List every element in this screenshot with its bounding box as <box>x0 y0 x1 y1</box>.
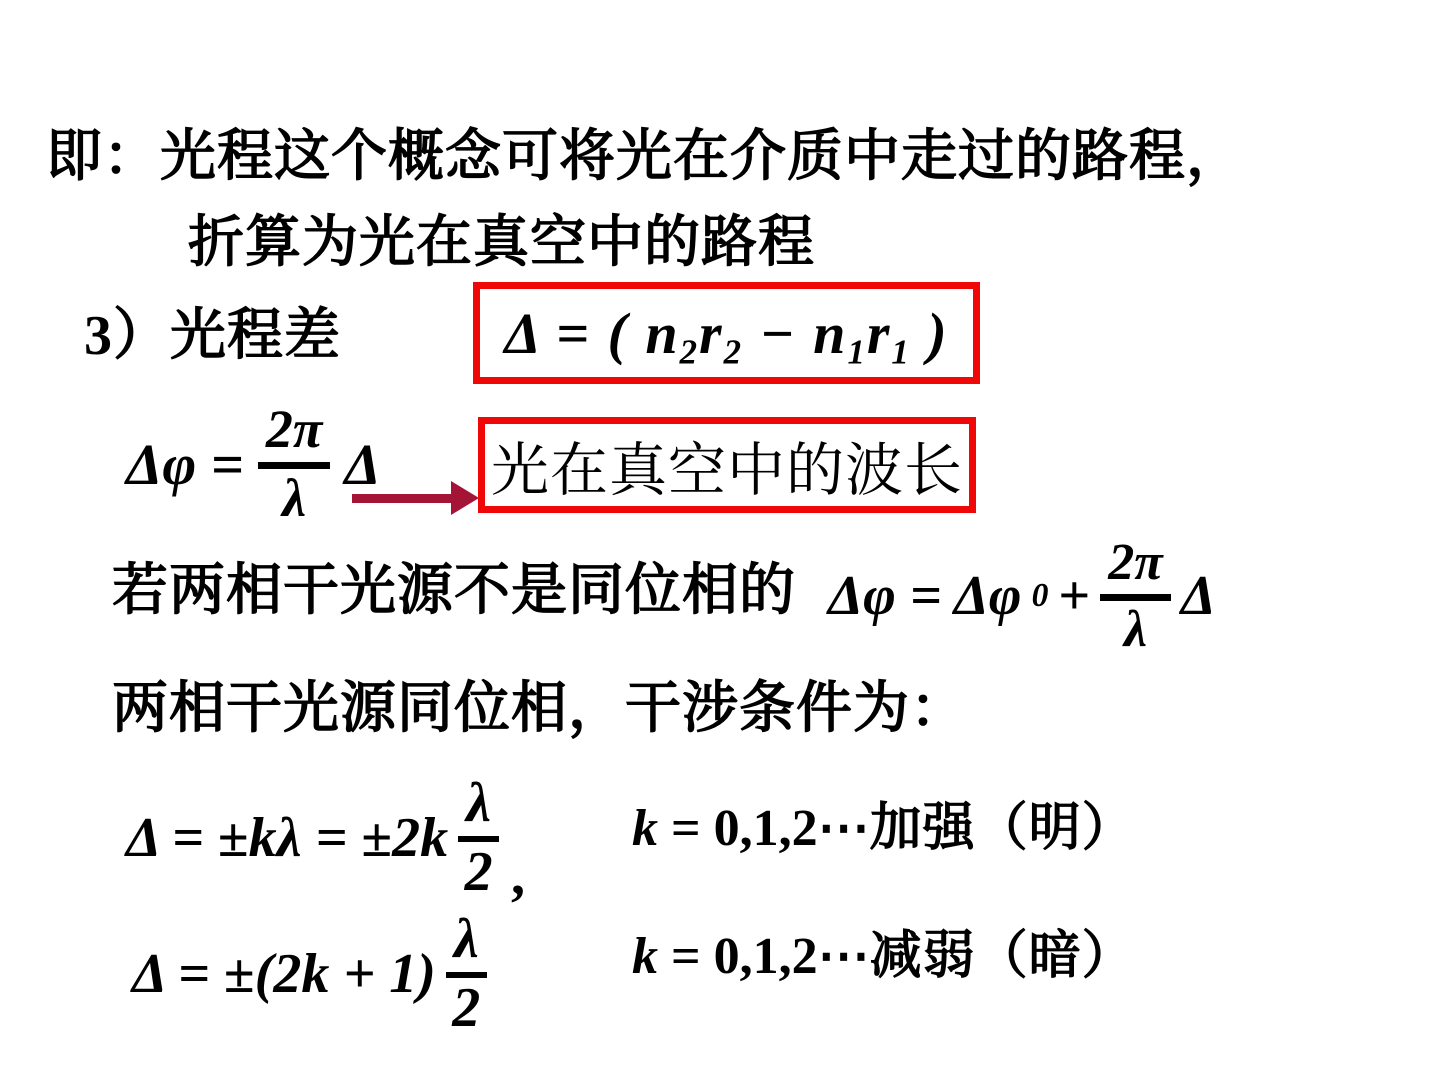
phase-formula-rhs: Δ <box>344 431 380 498</box>
bright-formula-comma: , <box>511 844 525 908</box>
nonsync-formula-rhs: Δ <box>1181 564 1216 628</box>
phase-formula-fraction: 2π λ <box>258 404 330 524</box>
fraction-denominator: λ <box>1122 605 1149 654</box>
intro-line-2: 折算为光在真空中的路程 <box>188 208 815 278</box>
opd-subscript: 2 <box>724 332 743 371</box>
opd-formula-pre: Δ = ( n <box>504 301 679 366</box>
wavelength-box: 光在真空中的波长 <box>478 417 976 513</box>
arrow-head-icon <box>451 481 479 515</box>
dark-result-label: 减弱（暗） <box>870 928 1135 985</box>
fraction-denominator: λ <box>280 473 308 524</box>
k-variable: k <box>632 928 658 985</box>
section-label: 3）光程差 <box>84 301 341 371</box>
fraction-numerator: λ <box>446 913 487 966</box>
equals-sign: = <box>658 800 714 857</box>
nonsync-fraction: 2π λ <box>1100 538 1170 654</box>
nonsync-plus: + <box>1058 564 1090 628</box>
fraction-bar <box>1100 594 1170 601</box>
nonsync-formula-lhs: Δφ = Δφ <box>828 564 1022 628</box>
k-variable: k <box>632 800 658 857</box>
opd-formula-mid3: r <box>867 301 892 366</box>
ellipsis: ⋯ <box>818 928 870 985</box>
fraction-numerator: 2π <box>1100 538 1170 587</box>
opd-subscript: 2 <box>680 332 699 371</box>
opd-formula-post: ) <box>911 301 949 366</box>
fraction-numerator: λ <box>458 777 499 830</box>
fraction-numerator: 2π <box>258 404 330 455</box>
opd-formula-mid1: r <box>699 301 724 366</box>
ellipsis: ⋯ <box>818 800 870 857</box>
dark-formula-lhs: Δ = ±(2k + 1) <box>132 942 436 1006</box>
sync-text: 两相干光源同位相，干涉条件为： <box>112 674 967 744</box>
fraction-denominator: 2 <box>450 982 482 1035</box>
k-values: 0,1,2 <box>714 800 818 857</box>
arrow-line <box>352 494 456 503</box>
bright-formula-lhs: Δ = ±kλ = ±2k <box>126 806 448 870</box>
opd-subscript: 1 <box>891 332 910 371</box>
equals-sign: = <box>658 928 714 985</box>
bright-condition: k = 0,1,2⋯加强（明） <box>632 794 1135 864</box>
wavelength-label: 光在真空中的波长 <box>491 423 963 507</box>
bright-fraction: λ 2 <box>458 777 499 899</box>
dark-fraction: λ 2 <box>446 913 487 1035</box>
nonsync-formula: Δφ = Δφ0 + 2π λ Δ <box>828 512 1216 680</box>
k-values: 0,1,2 <box>714 928 818 985</box>
nonsync-text: 若两相干光源不是同位相的 <box>112 556 796 626</box>
intro-line-1: 即：光程这个概念可将光在介质中走过的路程， <box>46 122 1243 192</box>
opd-formula: Δ = ( n2r2 − n1r1 ) <box>504 300 948 367</box>
bright-result-label: 加强（明） <box>870 800 1135 857</box>
dark-condition: k = 0,1,2⋯减弱（暗） <box>632 922 1135 992</box>
phase-formula-lhs: Δφ = <box>126 431 244 498</box>
opd-subscript: 1 <box>847 332 866 371</box>
opd-formula-mid2: − n <box>743 301 847 366</box>
dark-formula: Δ = ±(2k + 1) λ 2 <box>132 892 487 1056</box>
phase-formula: Δφ = 2π λ Δ <box>126 384 381 544</box>
opd-formula-box: Δ = ( n2r2 − n1r1 ) <box>473 282 980 384</box>
